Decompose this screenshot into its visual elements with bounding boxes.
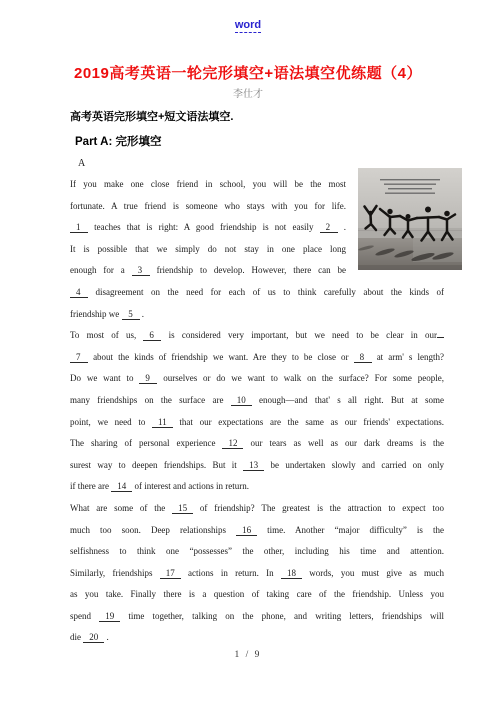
passage-line: die 20 . — [70, 627, 444, 649]
passage-line: 7 about the kinds of friendship we want.… — [70, 347, 444, 369]
cloze-blank-6: 6 — [143, 330, 161, 341]
passage-line: many friendships on the surface are 10 e… — [70, 390, 444, 412]
cloze-blank-16: 16 — [236, 525, 257, 536]
passage-line: fortunate. A true friend is someone who … — [70, 196, 346, 218]
lead-heading: 高考英语完形填空+短文语法填空. — [70, 111, 496, 124]
passage-line: If you make one close friend in school, … — [70, 174, 346, 196]
cloze-blank-13: 13 — [243, 460, 264, 471]
page-title: 2019高考英语一轮完形填空+语法填空优练题（4） — [12, 64, 484, 83]
passage-line: 4 disagreement on the need for each of u… — [70, 282, 444, 304]
header: word — [0, 0, 496, 33]
cloze-blank-11: 11 — [152, 417, 173, 428]
page-number: 1 / 9 — [0, 649, 496, 661]
passage-line: It is possible that we simply do not sta… — [70, 239, 346, 261]
cloze-blank-14: 14 — [111, 481, 132, 492]
part-a-heading: Part A: 完形填空 — [75, 135, 496, 149]
passage-line: The sharing of personal experience 12 ou… — [70, 433, 444, 455]
passage-line: point, we need to 11 that our expectatio… — [70, 412, 444, 434]
cloze-blank-3: 3 — [132, 265, 150, 276]
cloze-blank-15: 15 — [172, 503, 193, 514]
author: 李仕才 — [0, 89, 496, 101]
cloze-blank-2: 2 — [320, 222, 338, 233]
passage-line: as you take. Finally there is a question… — [70, 584, 444, 606]
cloze-blank-17: 17 — [160, 568, 181, 579]
friends-beach-photo — [358, 168, 462, 270]
cloze-blank-12: 12 — [222, 438, 243, 449]
cloze-blank-4: 4 — [70, 287, 88, 298]
word-link[interactable]: word — [235, 19, 261, 33]
passage-line: spend 19 time together, talking on the p… — [70, 606, 444, 628]
passage-line: selfishness to think one “possesses” the… — [70, 541, 444, 563]
cloze-blank-9: 9 — [139, 373, 157, 384]
cloze-blank-5: 5 — [122, 309, 140, 320]
passage-line: Similarly, friendships 17 actions in ret… — [70, 563, 444, 585]
passage-line: much too soon. Deep relationships 16 tim… — [70, 520, 444, 542]
passage-line: To most of us, 6 is considered very impo… — [70, 325, 444, 347]
document-page: word 2019高考英语一轮完形填空+语法填空优练题（4） 李仕才 高考英语完… — [0, 0, 496, 702]
passage-line: if there are 14 of interest and actions … — [70, 476, 444, 498]
passage-line: What are some of the 15 of friendship? T… — [70, 498, 444, 520]
cloze-blank-19: 19 — [99, 611, 120, 622]
beach-photo-illustration — [358, 168, 462, 270]
passage-line: Do we want to 9 ourselves or do we want … — [70, 368, 444, 390]
cloze-blank-10: 10 — [231, 395, 252, 406]
cloze-blank-1: 1 — [70, 222, 88, 233]
cloze-blank-7: 7 — [70, 352, 88, 363]
passage-line: enough for a 3 friendship to develop. Ho… — [70, 260, 346, 282]
cloze-blank-20: 20 — [83, 632, 104, 643]
passage-line: 1 teaches that is right: A good friendsh… — [70, 217, 346, 239]
passage-line: surest way to deepen friendships. But it… — [70, 455, 444, 477]
cloze-blank-18: 18 — [281, 568, 302, 579]
blank-underline — [437, 337, 444, 338]
cloze-blank-8: 8 — [354, 352, 372, 363]
passage-line: friendship we 5 . — [70, 304, 444, 326]
